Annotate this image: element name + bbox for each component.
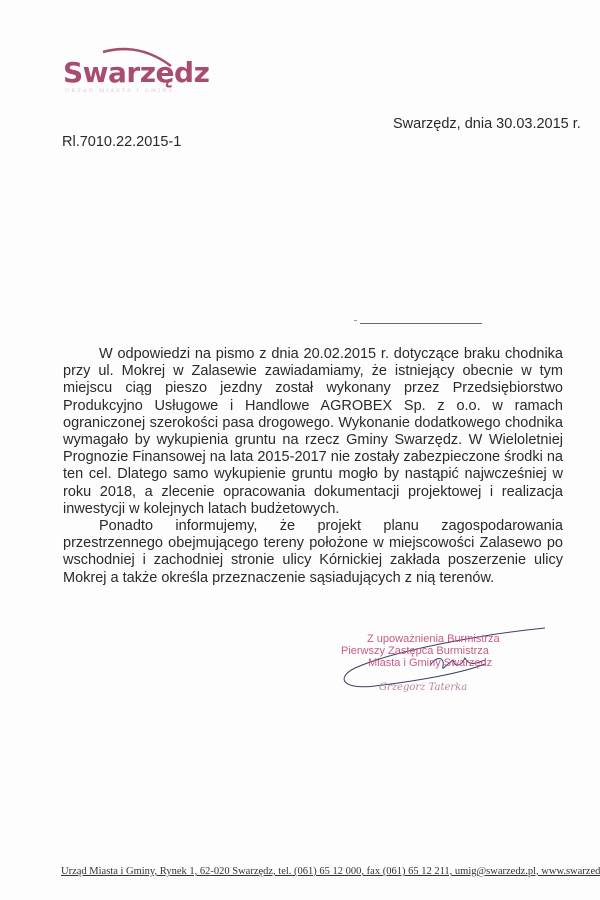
reference-number: Rl.7010.22.2015-1: [62, 134, 181, 150]
body-paragraph: W odpowiedzi na pismo z dnia 20.02.2015 …: [63, 346, 563, 518]
addressee-divider-mark: [354, 320, 357, 321]
logo-text: Swarzędz: [63, 56, 209, 89]
municipality-logo: Swarzędz URZĄD MIASTA I GMINY: [63, 44, 193, 96]
stamp-line: Pierwszy Zastępca Burmistrza: [341, 646, 489, 657]
footer-contact: Urząd Miasta i Gminy, Rynek 1, 62-020 Sw…: [61, 866, 600, 877]
stamp-line: Miasta i Gminy Swarzędz: [368, 658, 492, 669]
addressee-divider: [360, 323, 482, 324]
body-paragraph: Ponadto informujemy, że projekt planu za…: [63, 518, 563, 587]
signature-block: Z upoważnienia Burmistrza Pierwszy Zastę…: [335, 620, 575, 710]
letter-body: W odpowiedzi na pismo z dnia 20.02.2015 …: [63, 346, 563, 587]
letter-date: Swarzędz, dnia 30.03.2015 r.: [393, 116, 581, 132]
logo-subtitle: URZĄD MIASTA I GMINY: [65, 88, 174, 94]
signatory-name: Grzegorz Taterka: [379, 682, 467, 693]
stamp-line: Z upoważnienia Burmistrza: [367, 634, 500, 645]
